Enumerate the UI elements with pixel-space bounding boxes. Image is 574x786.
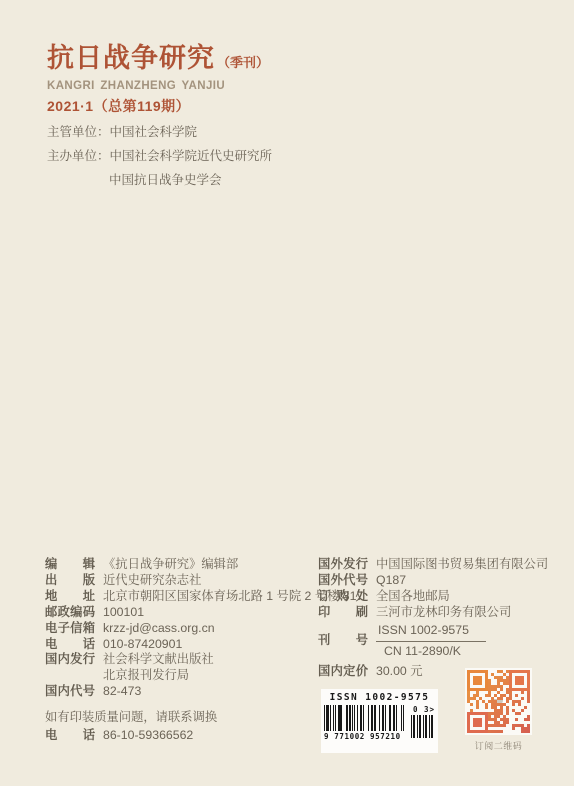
row-label: 国外代号 — [318, 573, 368, 589]
barcode-addon: 0 3> — [411, 705, 435, 741]
notice-line: 如有印装质量问题，请联系调换 — [45, 708, 217, 726]
row-value: 010-87420901 — [103, 637, 182, 653]
journal-title-text: 抗日战争研究 — [47, 43, 215, 73]
qr-finder-icon — [467, 670, 488, 691]
row-value: Q187 — [376, 573, 406, 589]
colophon-row: 邮政编码100101 — [45, 605, 315, 621]
row-label: 邮政编码 — [45, 605, 95, 621]
barcode-bars-area: 9 771002 957210 0 3> — [324, 705, 435, 741]
row-label: 订 购 处 — [318, 589, 368, 605]
row-value: 北京报刊发行局 — [103, 668, 189, 684]
colophon-row: 国内发行社会科学文献出版社 — [45, 652, 315, 668]
colophon-row: 订 购 处全国各地邮局 — [318, 589, 568, 605]
organizer-value-2: 中国抗日战争史学会 — [109, 173, 222, 187]
row-label: 印 刷 — [318, 605, 368, 621]
row-value: 《抗日战争研究》编辑部 — [103, 557, 238, 573]
quality-notice: 如有印装质量问题，请联系调换 电 话86-10-59366562 — [45, 708, 217, 744]
organizer-value-1: 中国社会科学院近代史研究所 — [110, 149, 273, 163]
quarterly-tag: （季刊） — [217, 55, 269, 70]
qr-finder-icon — [467, 712, 488, 733]
notice-phone-row: 电 话86-10-59366562 — [45, 726, 217, 744]
cn-value: CN 11-2890/K — [376, 642, 486, 660]
row-value: 近代史研究杂志社 — [103, 573, 201, 589]
barcode-bars — [324, 705, 404, 731]
barcode-addon-digits: 0 3> — [411, 705, 435, 714]
row-label: 编 辑 — [45, 557, 95, 573]
price-label: 国内定价 — [318, 664, 368, 680]
price-value: 30.00 元 — [376, 664, 423, 680]
masthead: 抗日战争研究（季刊） KANGRI ZHANZHENG YANJIU 2021·… — [47, 36, 269, 116]
journal-title-pinyin: KANGRI ZHANZHENG YANJIU — [47, 80, 269, 92]
row-label: 国外发行 — [318, 557, 368, 573]
qr-pattern — [467, 670, 530, 733]
row-value: 三河市龙林印务有限公司 — [376, 605, 511, 621]
row-value: krzz-jd@cass.org.cn — [103, 621, 215, 637]
row-label: 电子信箱 — [45, 621, 95, 637]
row-value: 社会科学文献出版社 — [103, 652, 214, 668]
colophon-row: 印 刷三河市龙林印务有限公司 — [318, 605, 568, 621]
row-value: 全国各地邮局 — [376, 589, 450, 605]
colophon-left: 编 辑《抗日战争研究》编辑部 出 版近代史研究杂志社 地 址北京市朝阳区国家体育… — [45, 557, 315, 700]
colophon-row: 北京报刊发行局 — [45, 668, 315, 684]
organizer-row-2: 中国抗日战争史学会 — [47, 168, 272, 192]
row-label: 地 址 — [45, 589, 95, 605]
colophon-right: 国外发行中国国际图书贸易集团有限公司 国外代号Q187 订 购 处全国各地邮局 … — [318, 557, 568, 680]
issn-cn-fraction: ISSN 1002-9575 CN 11-2890/K — [376, 623, 486, 660]
notice-phone-label: 电 话 — [45, 726, 95, 744]
barcode-main: 9 771002 957210 — [324, 705, 404, 741]
journal-back-cover: 抗日战争研究（季刊） KANGRI ZHANZHENG YANJIU 2021·… — [0, 0, 574, 786]
organizer-label: 主办单位： — [47, 149, 110, 163]
journal-title: 抗日战争研究（季刊） — [47, 36, 269, 75]
row-value: 82-473 — [103, 684, 141, 700]
qr-finder-icon — [509, 670, 530, 691]
issn-value: ISSN 1002-9575 — [376, 623, 486, 642]
sponsor-block: 主管单位：中国社会科学院 主办单位：中国社会科学院近代史研究所 中国抗日战争史学… — [47, 120, 272, 192]
colophon-row: 电 话010-87420901 — [45, 637, 315, 653]
supervisor-label: 主管单位： — [47, 125, 110, 139]
colophon-row: 编 辑《抗日战争研究》编辑部 — [45, 557, 315, 573]
colophon-row: 国外代号Q187 — [318, 573, 568, 589]
row-value: 100101 — [103, 605, 144, 621]
organizer-row: 主办单位：中国社会科学院近代史研究所 — [47, 144, 272, 168]
row-label: 国内代号 — [45, 684, 95, 700]
journal-number-label: 刊 号 — [318, 633, 368, 649]
notice-phone-value: 86-10-59366562 — [103, 726, 193, 744]
subscription-qr-code — [465, 668, 532, 735]
row-label: 国内发行 — [45, 652, 95, 668]
row-value: 中国国际图书贸易集团有限公司 — [376, 557, 548, 573]
qr-caption: 订阅二维码 — [465, 739, 532, 752]
colophon-row: 出 版近代史研究杂志社 — [45, 573, 315, 589]
issue-number: 2021·1（总第119期） — [47, 96, 269, 116]
issn-barcode: ISSN 1002-9575 9 771002 957210 0 3> — [321, 689, 438, 753]
barcode-addon-bars — [411, 715, 435, 738]
row-label: 电 话 — [45, 637, 95, 653]
journal-number-row: 刊 号 ISSN 1002-9575 CN 11-2890/K — [318, 623, 568, 660]
supervisor-row: 主管单位：中国社会科学院 — [47, 120, 272, 144]
colophon-row: 国内代号82-473 — [45, 684, 315, 700]
barcode-issn-text: ISSN 1002-9575 — [324, 692, 435, 703]
colophon-row: 国外发行中国国际图书贸易集团有限公司 — [318, 557, 568, 573]
barcode-digits: 9 771002 957210 — [324, 732, 404, 741]
row-label: 出 版 — [45, 573, 95, 589]
colophon-row: 地 址北京市朝阳区国家体育场北路 1 号院 2 号楼 317 — [45, 589, 315, 605]
supervisor-value: 中国社会科学院 — [110, 125, 198, 139]
colophon-row: 电子信箱krzz-jd@cass.org.cn — [45, 621, 315, 637]
